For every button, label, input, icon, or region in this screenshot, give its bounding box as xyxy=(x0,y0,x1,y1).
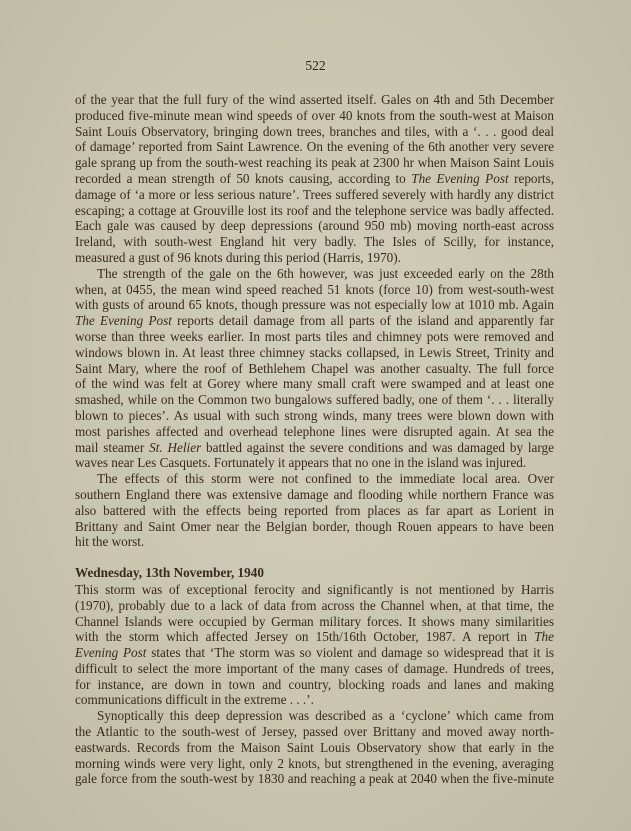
paragraph-5: Synoptically this deep depression was de… xyxy=(75,708,554,787)
text-run: mail steamer xyxy=(75,440,149,455)
text-line: morning winds were very light, only 2 kn… xyxy=(75,756,554,772)
text-line: waves near Les Casquets. Fortunately it … xyxy=(75,455,554,471)
text-line: of damage’ reported from Saint Lawrence.… xyxy=(75,139,554,155)
text-run: reports detail damage from all parts of … xyxy=(172,313,554,328)
paragraph-4: This storm was of exceptional ferocity a… xyxy=(75,582,554,708)
text-line: gale force from the south-west by 1830 a… xyxy=(75,771,554,787)
text-run: battled against the severe conditions an… xyxy=(201,440,554,455)
text-run: with the storm which affected Jersey on … xyxy=(75,629,534,644)
text-line: hit the worst. xyxy=(75,534,554,550)
text-line: the Atlantic to the south-west of Jersey… xyxy=(75,724,554,740)
paragraph-1: of the year that the full fury of the wi… xyxy=(75,92,554,266)
page-number: 522 xyxy=(0,58,631,74)
text-line: most parishes affected and overhead tele… xyxy=(75,424,554,440)
newspaper-title: The Evening Post xyxy=(75,313,172,328)
text-line: worse than three weeks earlier. In most … xyxy=(75,329,554,345)
ship-name: St. Helier xyxy=(149,440,201,455)
text-line: This storm was of exceptional ferocity a… xyxy=(75,582,554,598)
text-line: also battered with the effects being rep… xyxy=(75,503,554,519)
text-line: Each gale was caused by deep depressions… xyxy=(75,218,554,234)
text-line: escaping; a cottage at Grouville lost it… xyxy=(75,203,554,219)
newspaper-title: The Evening Post xyxy=(411,171,508,186)
text-line: Channel Islands were occupied by German … xyxy=(75,614,554,630)
text-line: for instance, are down in town and count… xyxy=(75,677,554,693)
text-line: of the wind was felt at Gorey where many… xyxy=(75,376,554,392)
text-line: difficult to select the more important o… xyxy=(75,661,554,677)
text-line: when, at 0455, the mean wind speed reach… xyxy=(75,282,554,298)
text-line: with gusts of around 65 knots, though pr… xyxy=(75,297,554,313)
text-line: damage of ‘a more or less serious nature… xyxy=(75,187,554,203)
text-run: states that ‘The storm was so violent an… xyxy=(146,645,554,660)
paragraph-3: The effects of this storm were not confi… xyxy=(75,471,554,550)
text-run: reports, xyxy=(509,171,554,186)
text-line: Brittany and Saint Omer near the Belgian… xyxy=(75,519,554,535)
book-page: 522 of the year that the full fury of th… xyxy=(0,0,631,831)
text-line: Ireland, with south-west England hit ver… xyxy=(75,234,554,250)
text-line: with the storm which affected Jersey on … xyxy=(75,629,554,645)
text-line: southern England there was extensive dam… xyxy=(75,487,554,503)
text-line: communications difficult in the extreme … xyxy=(75,692,554,708)
text-line: of the year that the full fury of the wi… xyxy=(75,92,554,108)
text-line: windows blown in. At least three chimney… xyxy=(75,345,554,361)
body-text: of the year that the full fury of the wi… xyxy=(75,92,554,787)
paragraph-2: The strength of the gale on the 6th howe… xyxy=(75,266,554,471)
text-line: The Evening Post reports detail damage f… xyxy=(75,313,554,329)
section-heading: Wednesday, 13th November, 1940 xyxy=(75,565,554,581)
text-line: smashed, while on the Common two bungalo… xyxy=(75,392,554,408)
newspaper-title: The xyxy=(534,629,554,644)
text-line: The strength of the gale on the 6th howe… xyxy=(75,266,554,282)
text-line: The effects of this storm were not confi… xyxy=(75,471,554,487)
text-line: recorded a mean strength of 50 knots cau… xyxy=(75,171,554,187)
text-line: gale sprang up from the south-west reach… xyxy=(75,155,554,171)
text-line: mail steamer St. Helier battled against … xyxy=(75,440,554,456)
text-line: blown to pieces’. As usual with such str… xyxy=(75,408,554,424)
text-run: recorded a mean strength of 50 knots cau… xyxy=(75,171,411,186)
text-line: (1970), probably due to a lack of data f… xyxy=(75,598,554,614)
text-line: Synoptically this deep depression was de… xyxy=(75,708,554,724)
text-line: measured a gust of 96 knots during this … xyxy=(75,250,554,266)
text-line: Saint Louis Observatory, bringing down t… xyxy=(75,124,554,140)
text-line: Evening Post states that ‘The storm was … xyxy=(75,645,554,661)
text-line: Saint Mary, where the roof of Bethlehem … xyxy=(75,361,554,377)
text-line: eastwards. Records from the Maison Saint… xyxy=(75,740,554,756)
text-line: produced five-minute mean wind speeds of… xyxy=(75,108,554,124)
newspaper-title: Evening Post xyxy=(75,645,146,660)
